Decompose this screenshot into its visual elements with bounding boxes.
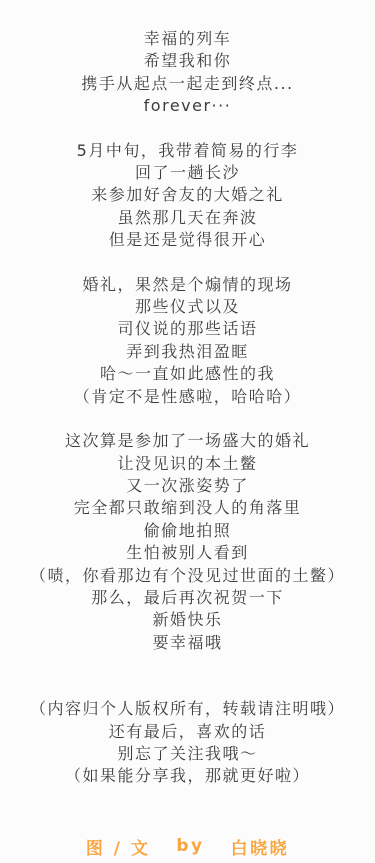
poem-line: 司仪说的那些话语 — [0, 318, 375, 340]
poem-line: 生怕被别人看到 — [0, 542, 375, 564]
poem-line: 来参加好舍友的大婚之礼 — [0, 184, 375, 206]
poem-line: 幸福的列车 — [0, 28, 375, 50]
stanza-trip: 5月中旬，我带着简易的行李 回了一趟长沙 来参加好舍友的大婚之礼 虽然那几天在奔… — [0, 140, 375, 252]
poem-line: 虽然那几天在奔波 — [0, 207, 375, 229]
poem-line: 又一次涨姿势了 — [0, 475, 375, 497]
poem-line: 让没见识的本土鳖 — [0, 453, 375, 475]
stanza-wedding-scene: 这次算是参加了一场盛大的婚礼 让没见识的本土鳖 又一次涨姿势了 完全都只敢缩到没… — [0, 430, 375, 654]
poem-line: 别忘了关注我哦～ — [0, 743, 375, 765]
poem-line: forever··· — [0, 95, 375, 117]
stanza-copyright: （内容归个人版权所有，转载请注明哦） 还有最后，喜欢的话 别忘了关注我哦～ （如… — [0, 698, 375, 788]
poem-line: 那些仪式以及 — [0, 296, 375, 318]
poem-line: （内容归个人版权所有，转载请注明哦） — [0, 698, 375, 720]
poem-line: 婚礼，果然是个煽情的现场 — [0, 274, 375, 296]
poem-line: 偷偷地拍照 — [0, 520, 375, 542]
credit-line: 图 / 文 by 白晓晓 — [0, 834, 375, 859]
poem-line: 那么，最后再次祝贺一下 — [0, 587, 375, 609]
poem-line: 完全都只敢缩到没人的角落里 — [0, 497, 375, 519]
poem-line: 希望我和你 — [0, 50, 375, 72]
poem-line: （如果能分享我，那就更好啦） — [0, 765, 375, 787]
stanza-opening: 幸福的列车 希望我和你 携手从起点一起走到终点... forever··· — [0, 28, 375, 118]
credit-author: 白晓晓 — [231, 834, 290, 859]
credit-by-label: by — [176, 836, 204, 856]
poem-line: 弄到我热泪盈眶 — [0, 341, 375, 363]
stanza-ceremony: 婚礼，果然是个煽情的现场 那些仪式以及 司仪说的那些话语 弄到我热泪盈眶 哈～一… — [0, 274, 375, 408]
poem-line: 要幸福哦 — [0, 632, 375, 654]
post-page: 幸福的列车 希望我和你 携手从起点一起走到终点... forever··· 5月… — [0, 0, 375, 863]
poem-line: 但是还是觉得很开心 — [0, 229, 375, 251]
poem-line: 这次算是参加了一场盛大的婚礼 — [0, 430, 375, 452]
poem-line: 5月中旬，我带着简易的行李 — [0, 140, 375, 162]
poem-line: 携手从起点一起走到终点... — [0, 73, 375, 95]
poem-line: （肯定不是性感啦，哈哈哈） — [0, 386, 375, 408]
poem-line: 哈～一直如此感性的我 — [0, 363, 375, 385]
credit-type-label: 图 / 文 — [86, 834, 151, 859]
poem-line: 新婚快乐 — [0, 609, 375, 631]
poem-line: 回了一趟长沙 — [0, 162, 375, 184]
poem-line: （啧，你看那边有个没见过世面的土鳖） — [0, 565, 375, 587]
poem-line: 还有最后，喜欢的话 — [0, 721, 375, 743]
